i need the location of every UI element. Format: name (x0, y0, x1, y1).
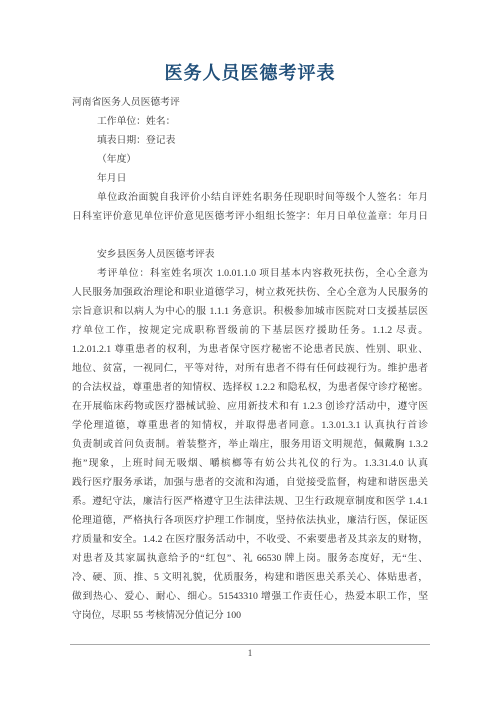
summary-paragraph: 单位政治面貌自我评价小结自评姓名职务任现职时间等级个人签名：年月日科室评价意见单… (72, 188, 428, 226)
page-number: 1 (70, 645, 430, 659)
body-line: 伦理道德，严格执行各项医疗护理工作制度，坚持依法执业，廉洁行医，保证医 (72, 511, 428, 530)
body-line: 拖”现象，上班时间无吸烟、嚼槟榔等有妨公共礼仪的行为。1.3.31.4.0 认真 (72, 454, 428, 473)
section-title: 安乡县医务人员医德考评表 (72, 245, 428, 264)
summary-line: 单位政治面貌自我评价小结自评姓名职务任现职时间等级个人签名：年月 (72, 188, 428, 207)
body-line: 地位、贫富，一视同仁，平等对待，对所有患者不得有任何歧视行为。维护患者 (72, 359, 428, 378)
body-line: 宗旨意识和以病人为中心的服 1.1.1 务意识。积极参加城市医院对口支援基层医 (72, 302, 428, 321)
body-line: 冷、硬、顶、推、5 文明礼貌，优质服务，构建和谐医患关系关心、体贴患者， (72, 568, 428, 587)
body-line: 的合法权益，尊重患者的知情权、选择权 1.2.2 和隐私权，为患者保守诊疗秘密。 (72, 378, 428, 397)
body-line: 在开展临床药物或医疗器械试验、应用新技术和有 1.2.3 创诊疗活动中，遵守医 (72, 397, 428, 416)
body-line: 人民服务加强政治理论和职业道德学习，树立救死扶伤、全心全意为人民服务的 (72, 283, 428, 302)
body-line: 对患者及其家属执意给予的“红包”、礼 66530 牌上岗。服务态度好，无“生、 (72, 549, 428, 568)
body-paragraph: 考评单位：科室姓名项次 1.0.01.1.0 项目基本内容救死扶伤，全心全意为人… (72, 264, 428, 625)
body-line: 学伦理道德，尊重患者的知情权，并取得患者同意。1.3.01.3.1 认真执行首诊 (72, 416, 428, 435)
summary-line: 日科室评价意见单位评价意见医德考评小组组长签字：年月日单位盖章：年月日 (72, 207, 428, 226)
body-line: 1.2.01.2.1 尊重患者的权利，为患者保守医疗秘密不论患者民族、性别、职业… (72, 340, 428, 359)
document-page: 医务人员医德考评表 河南省医务人员医德考评 工作单位：姓名：填表日期：登记表（年… (0, 0, 500, 707)
body-line: 做到热心、爱心、耐心、细心。51543310 增强工作责任心，热爱本职工作，坚 (72, 587, 428, 606)
document-title: 医务人员医德考评表 (0, 0, 500, 86)
page-footer: 1 (70, 644, 430, 659)
body-line: 疗单位工作，按规定完成职称晋级前的下基层医疗援助任务。1.1.2 尽责。 (72, 321, 428, 340)
header-field-line: 填表日期：登记表 (72, 131, 428, 150)
body-line: 考评单位：科室姓名项次 1.0.01.1.0 项目基本内容救死扶伤，全心全意为 (72, 264, 428, 283)
body-line: 践行医疗服务承诺，加强与患者的交流和沟通，自觉接受监督，构建和谐医患关 (72, 473, 428, 492)
header-field-line: （年度） (72, 150, 428, 169)
blank-line (72, 226, 428, 245)
header-field-line: 工作单位：姓名： (72, 112, 428, 131)
body-line: 疗质量和安全。1.4.2 在医疗服务活动中，不收受、不索要患者及其亲友的财物， (72, 530, 428, 549)
form-subtitle: 河南省医务人员医德考评 (72, 93, 428, 112)
document-body: 河南省医务人员医德考评 工作单位：姓名：填表日期：登记表（年度）年月日 单位政治… (72, 93, 428, 625)
body-line: 负责制或首问负责制。着装整齐，举止端庄，服务用语文明规范，佩戴胸 1.3.2 (72, 435, 428, 454)
body-line: 守岗位，尽职 55 考核情况分值记分 100 (72, 606, 428, 625)
header-fields: 工作单位：姓名：填表日期：登记表（年度）年月日 (72, 112, 428, 188)
header-field-line: 年月日 (72, 169, 428, 188)
body-line: 系。遵纪守法，廉洁行医严格遵守卫生法律法规、卫生行政规章制度和医学 1.4.1 (72, 492, 428, 511)
